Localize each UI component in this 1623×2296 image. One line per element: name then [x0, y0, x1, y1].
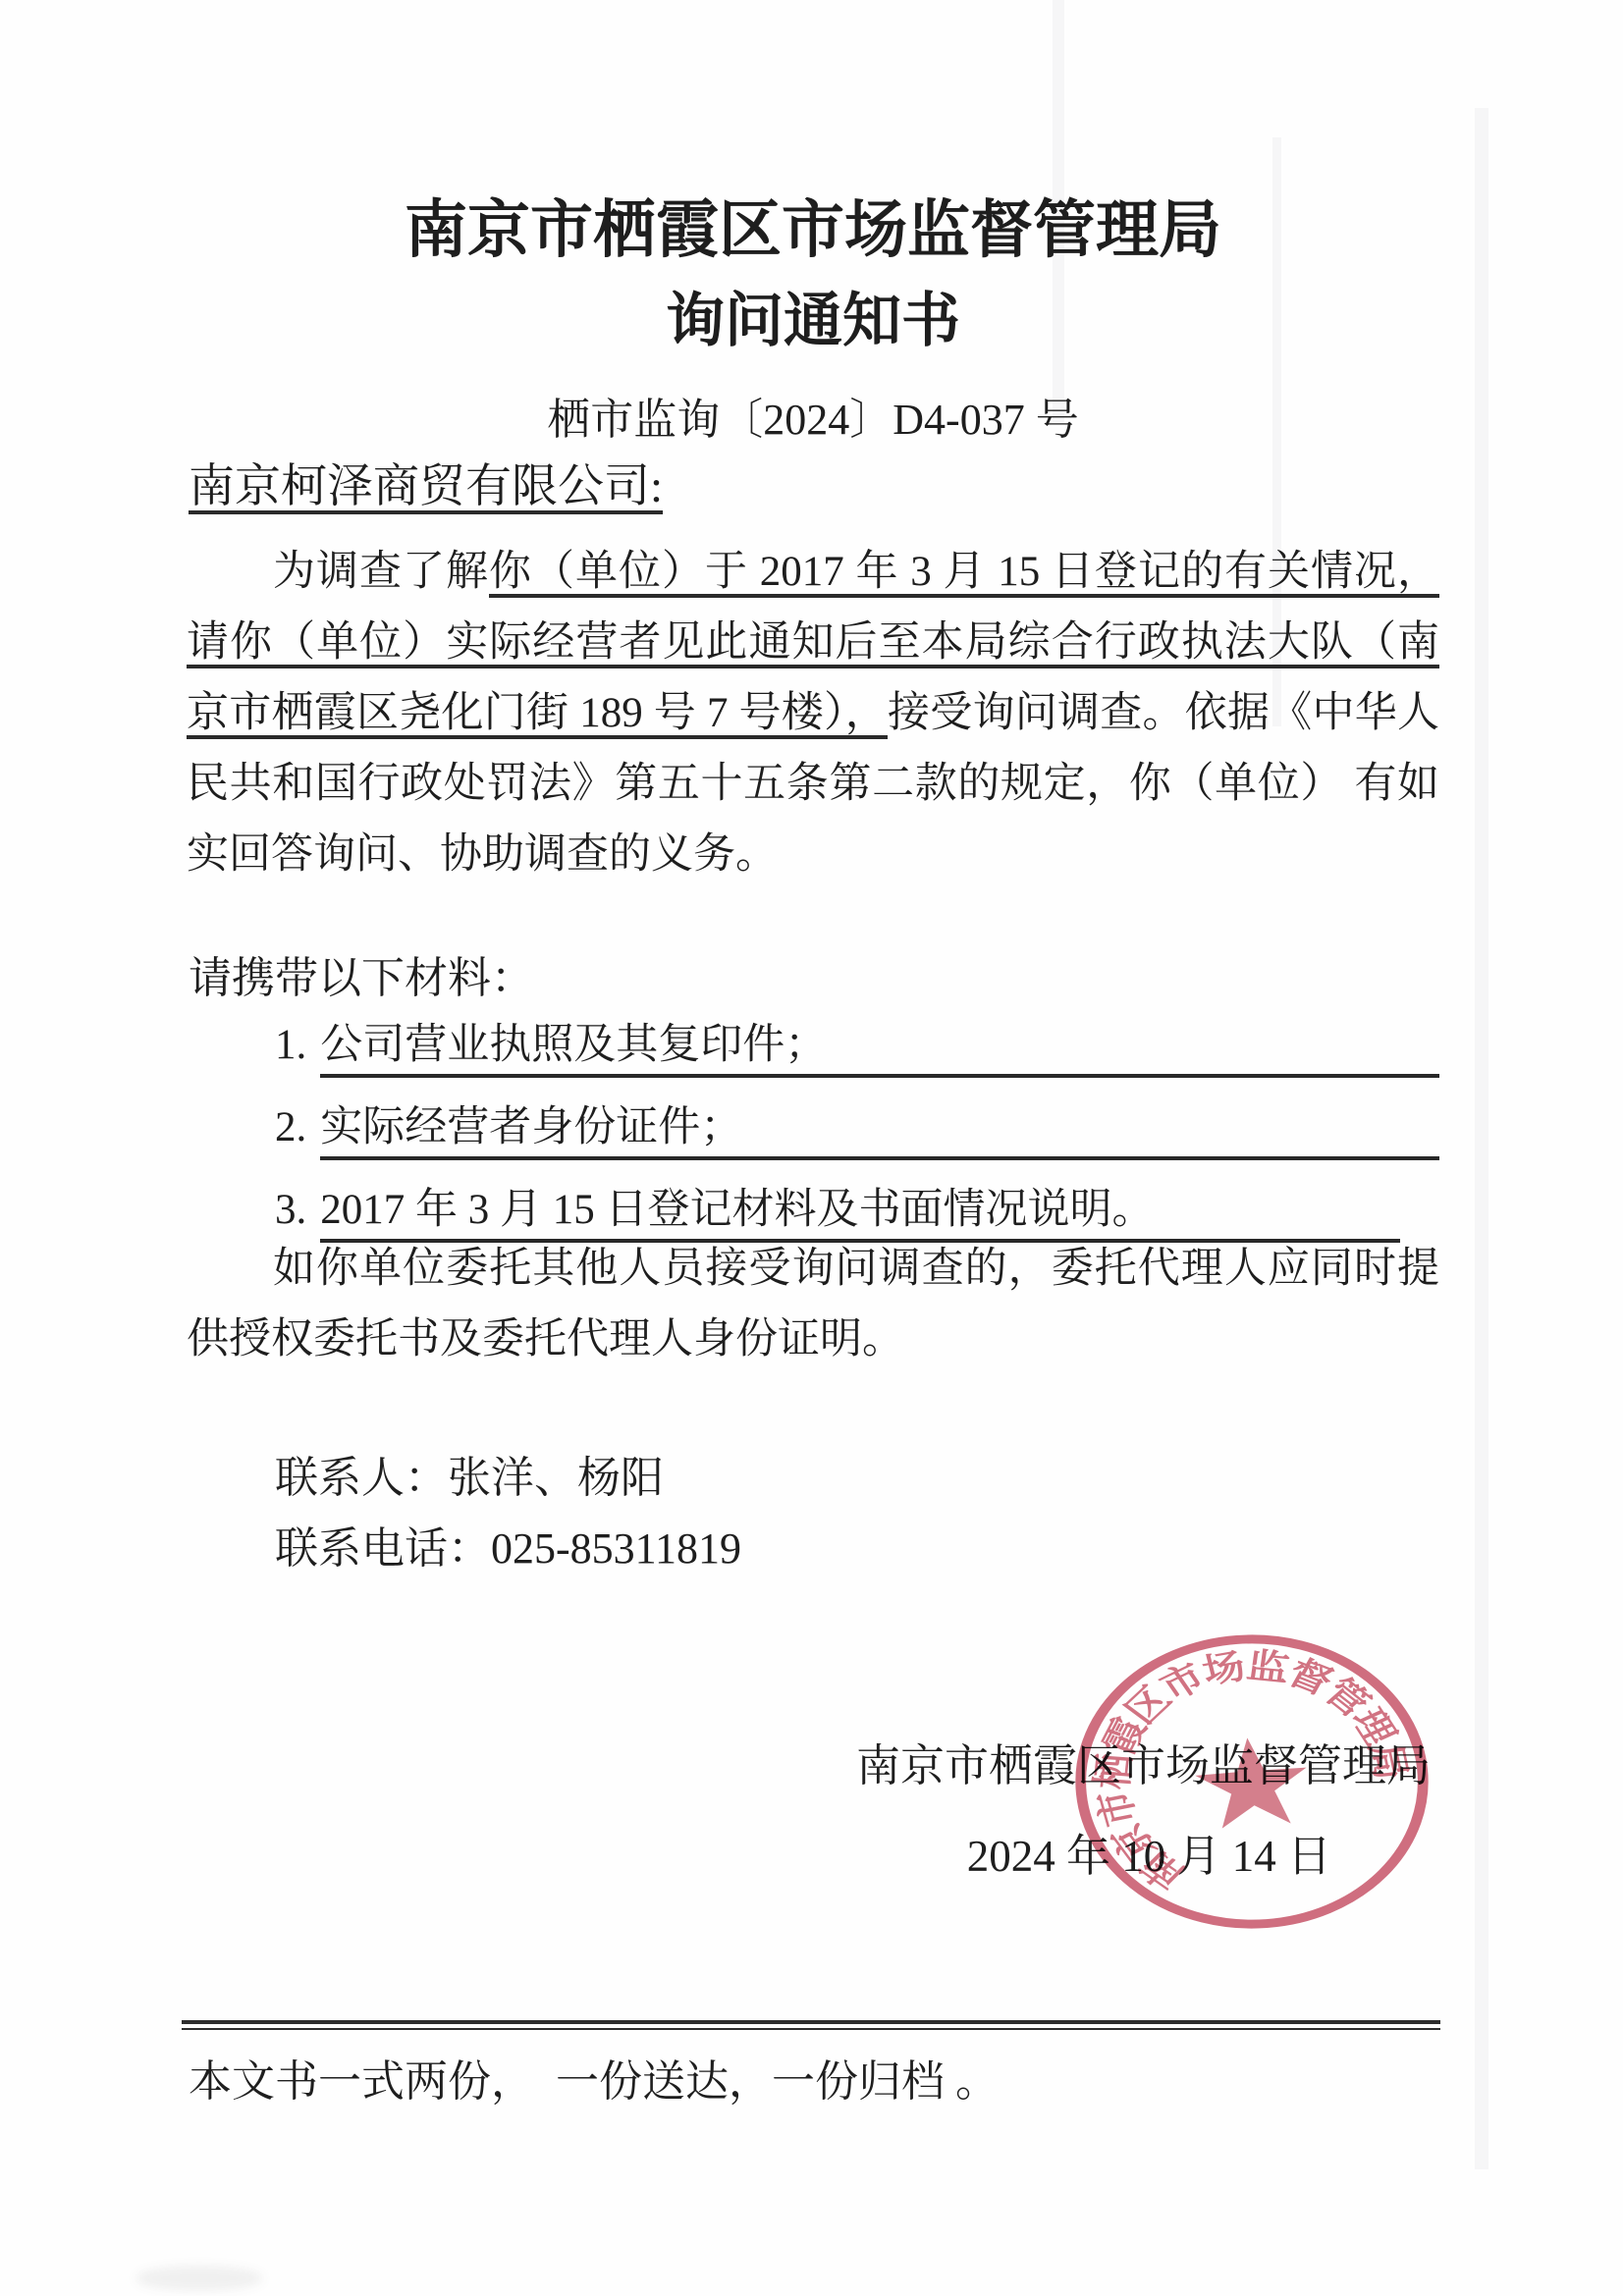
contact-phone-line: 联系电话：025-85311819	[275, 1523, 741, 1575]
document-type-title: 询问通知书	[187, 289, 1439, 353]
seal-group: 南京市栖霞区市场监督管理局	[1066, 1628, 1437, 1936]
para1-segment-plain-lead: 为调查了解	[273, 549, 489, 595]
seal-star-icon	[1192, 1734, 1313, 1830]
document-page: 南京市栖霞区市场监督管理局 询问通知书 栖市监询〔2024〕D4-037 号 南…	[0, 0, 1623, 2296]
material-item-text: 实际经营者身份证件；	[320, 1104, 742, 1150]
seal-ring-char: 市	[1090, 1787, 1145, 1830]
material-item-number: 3.	[275, 1186, 306, 1235]
issuing-org-title: 南京市栖霞区市场监督管理局	[187, 194, 1439, 267]
scan-smudge	[135, 2266, 263, 2291]
seal-ring-char: 局	[1361, 1741, 1415, 1783]
document-number: 栖市监询〔2024〕D4-037 号	[187, 397, 1439, 444]
delegate-paragraph: 如你单位委托其他人员接受询问调查的，委托代理人应同时提供授权委托书及委托代理人身…	[187, 1234, 1439, 1375]
material-item-underline: 公司营业执照及其复印件；	[320, 1021, 1439, 1078]
seal-ring-char: 场	[1199, 1646, 1250, 1691]
material-item-text: 公司营业执照及其复印件；	[320, 1022, 827, 1068]
materials-list: 1. 公司营业执照及其复印件； 2. 实际经营者身份证件； 3. 2017 年 …	[275, 1021, 1439, 1268]
addressee-line: 南京柯泽商贸有限公司:	[189, 459, 663, 514]
material-item-number: 2.	[275, 1103, 306, 1152]
material-item-1: 1. 公司营业执照及其复印件；	[275, 1021, 1439, 1084]
material-item-text: 2017 年 3 月 15 日登记材料及书面情况说明。	[320, 1187, 1154, 1233]
material-item-2: 2. 实际经营者身份证件；	[275, 1103, 1439, 1166]
official-red-seal: 南京市栖霞区市场监督管理局	[1064, 1626, 1439, 1938]
contact-person-line: 联系人：张洋、杨阳	[275, 1453, 664, 1504]
body-paragraph-main: 为调查了解你（单位）于 2017 年 3 月 15 日登记的有关情况，请你（单位…	[187, 537, 1439, 890]
addressee-company-name: 南京柯泽商贸有限公司:	[189, 461, 663, 512]
footer-note: 本文书一式两份， 一份送达，一份归档 。	[189, 2057, 1441, 2107]
materials-heading: 请携带以下材料：	[189, 955, 534, 1002]
scan-streak	[1475, 108, 1488, 2169]
material-item-number: 1.	[275, 1021, 306, 1070]
material-item-underline: 实际经营者身份证件；	[320, 1103, 1439, 1160]
footer-separator-line	[182, 2020, 1440, 2030]
